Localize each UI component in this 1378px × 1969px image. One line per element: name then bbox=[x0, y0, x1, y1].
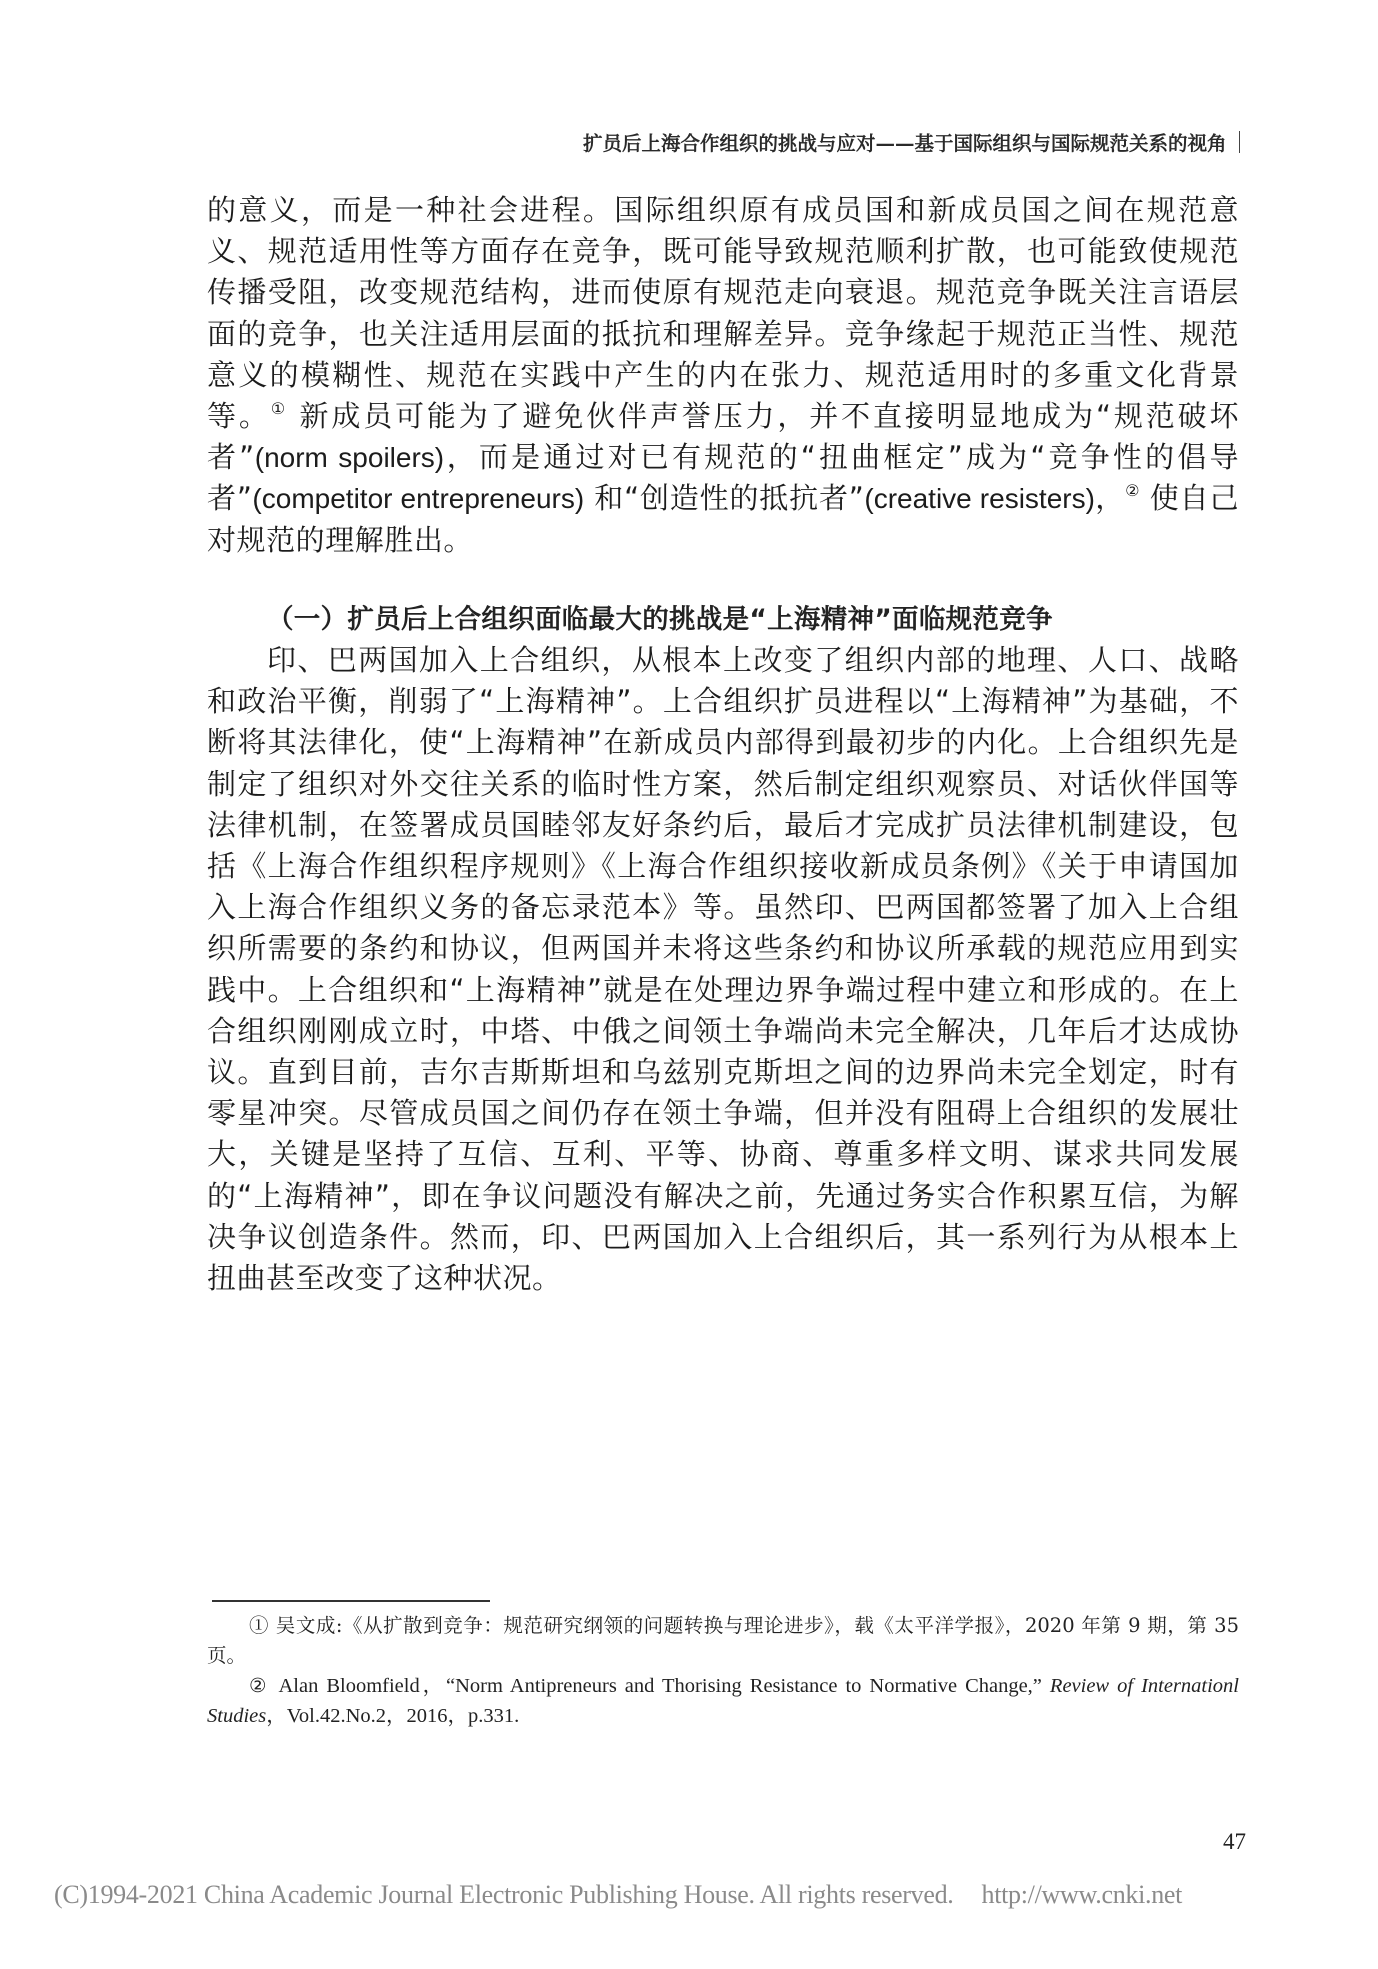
paragraph-norm-competition: 的意义，而是一种社会进程。国际组织原有成员国和新成员国之间在规范意义、规范适用性… bbox=[207, 190, 1239, 561]
footnote-marker: ② bbox=[249, 1674, 269, 1697]
header-separator bbox=[1239, 131, 1241, 153]
footnote-ref-1[interactable]: ① bbox=[271, 399, 288, 418]
english-term: (creative resisters) bbox=[864, 483, 1095, 514]
english-term: (competitor entrepreneurs) bbox=[252, 483, 584, 514]
publisher-link[interactable]: http://www.cnki.net bbox=[982, 1880, 1183, 1909]
footnote-citation: ，Vol.42.No.2，2016，p.331. bbox=[266, 1705, 519, 1727]
paragraph-shanghai-spirit: 印、巴两国加入上合组织，从根本上改变了组织内部的地理、人口、战略和政治平衡，削弱… bbox=[207, 640, 1239, 1299]
footnote-marker: ① bbox=[249, 1614, 269, 1637]
article-body: 的意义，而是一种社会进程。国际组织原有成员国和新成员国之间在规范意义、规范适用性… bbox=[207, 190, 1239, 1299]
footnote-text: 吴文成:《从扩散到竞争：规范研究纲领的问题转换与理论进步》，载《太平洋学报》，2… bbox=[207, 1614, 1239, 1667]
paragraph-text: 和“创造性的抵抗者” bbox=[594, 481, 864, 515]
footnote-text: Alan Bloomfield，“Norm Antipreneurs and T… bbox=[278, 1675, 1049, 1697]
running-title: 扩员后上海合作组织的挑战与应对——基于国际组织与国际规范关系的视角 bbox=[583, 128, 1227, 156]
footnote-1: ① 吴文成:《从扩散到竞争：规范研究纲领的问题转换与理论进步》，载《太平洋学报》… bbox=[207, 1611, 1239, 1671]
footnote-divider bbox=[212, 1600, 490, 1602]
footnote-2: ② Alan Bloomfield，“Norm Antipreneurs and… bbox=[207, 1671, 1239, 1731]
running-header: 扩员后上海合作组织的挑战与应对——基于国际组织与国际规范关系的视角 bbox=[583, 128, 1240, 156]
english-term: (norm spoilers) bbox=[255, 442, 444, 473]
footnote-ref-2[interactable]: ② bbox=[1125, 481, 1140, 500]
section-heading: （一）扩员后上合组织面临最大的挑战是“上海精神”面临规范竞争 bbox=[207, 599, 1239, 640]
paragraph-text: 的意义，而是一种社会进程。国际组织原有成员国和新成员国之间在规范意义、规范适用性… bbox=[207, 193, 1239, 433]
paragraph-text: ， bbox=[1095, 481, 1125, 515]
copyright-notice: (C)1994-2021 China Academic Journal Elec… bbox=[54, 1880, 954, 1909]
copyright-footer: (C)1994-2021 China Academic Journal Elec… bbox=[54, 1880, 1378, 1910]
footnotes: ① 吴文成:《从扩散到竞争：规范研究纲领的问题转换与理论进步》，载《太平洋学报》… bbox=[207, 1611, 1239, 1731]
page-number: 47 bbox=[1223, 1829, 1246, 1855]
